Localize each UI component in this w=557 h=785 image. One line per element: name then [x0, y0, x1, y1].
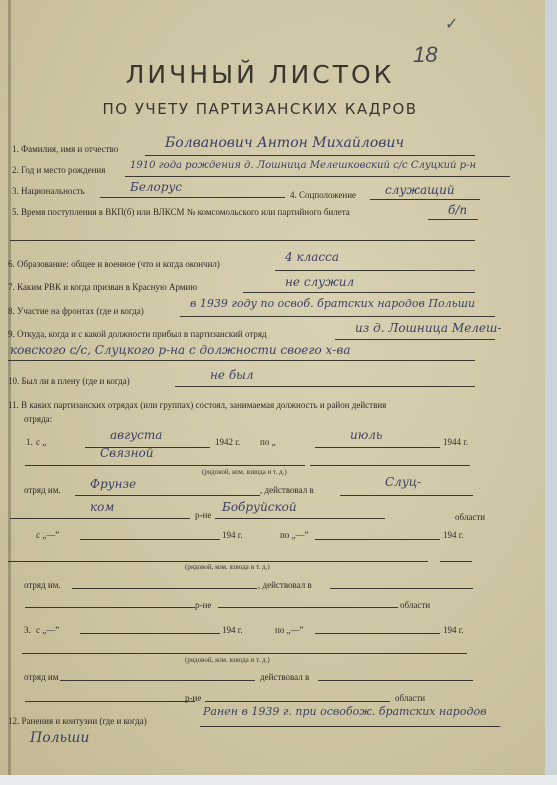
field-3-line: [100, 197, 285, 198]
det1-from-month: августа: [110, 428, 162, 442]
det3-district-label: р-не: [185, 693, 201, 703]
det2-operated-label: , действовал в: [258, 580, 312, 590]
det2-region-label: области: [400, 600, 430, 610]
det1-district-pre-line: [10, 518, 190, 519]
field-11-label-cont: отряда:: [24, 414, 52, 424]
field-5-extra-line: [10, 240, 475, 241]
det2-position-line-2: [440, 561, 472, 562]
det1-to-month: июль: [350, 428, 382, 442]
field-8-label: 8. Участие на фронтах (где и когда): [8, 306, 144, 316]
field-6-line: [275, 270, 475, 271]
field-7-value: не служил: [285, 275, 354, 289]
field-5-line: [428, 219, 478, 220]
field-6-label: 6. Образование: общее и военное (что и к…: [8, 259, 220, 269]
det1-region-label: области: [455, 512, 485, 522]
document-title: ЛИЧНЫЙ ЛИСТОК: [0, 60, 520, 89]
det1-operated-label: , действовал в: [260, 485, 314, 495]
field-12-line: [200, 726, 500, 727]
det2-district-label: р-не: [195, 600, 211, 610]
det1-district: Бобруйской: [222, 500, 297, 514]
field-12-value-2: Польши: [30, 730, 89, 746]
det3-to-prefix: по „—”: [275, 625, 304, 635]
field-9-label: 9. Откуда, когда и с какой должности при…: [8, 329, 267, 339]
field-2-value: 1910 года рождения д. Лошница Мелешковск…: [130, 160, 476, 171]
det1-num: 1.: [26, 437, 33, 447]
field-12-value-1: Ранен в 1939 г. при освобож. братских на…: [203, 705, 486, 718]
det2-district-pre-line: [25, 607, 195, 608]
field-2-line: [125, 176, 510, 177]
det2-from-prefix: с „—”: [36, 530, 59, 540]
det3-region-label: области: [395, 693, 425, 703]
det2-district-line: [218, 607, 398, 608]
field-7-line: [243, 292, 475, 293]
field-10-line: [175, 386, 475, 387]
det1-from-year: 1942 г.: [215, 437, 240, 447]
scan-margin-right: [545, 0, 557, 785]
field-12-label: 12. Ранения и контузии (где и когда): [8, 716, 147, 726]
field-3-value: Белорус: [130, 180, 182, 194]
det3-to-line: [315, 633, 440, 634]
det3-to-year: 194 г.: [443, 625, 464, 635]
det3-operated-label: действовал в: [260, 672, 309, 682]
field-9-value-2: ковского с/с, Слуцкого р-на с должности …: [10, 343, 350, 357]
field-9-value-1: из д. Лошница Мелеш-: [355, 321, 501, 335]
field-4-label: 4. Соцположение: [290, 190, 356, 200]
det3-unit-label: отряд им: [24, 672, 58, 682]
field-7-label: 7. Каким РВК и когда призван в Красную А…: [8, 282, 197, 292]
det2-to-prefix: по „—”: [280, 530, 309, 540]
det1-position-hint: (рядовой, ком. взвода и т. д.): [202, 468, 287, 476]
det2-position-hint: (рядовой, ком. взвода и т. д.): [185, 563, 270, 571]
det3-operated-line: [318, 680, 473, 681]
field-9-line-1: [335, 339, 495, 340]
det3-district-pre-line: [25, 701, 195, 702]
det2-from-line: [80, 539, 220, 540]
det1-district-pre: ком: [90, 500, 114, 514]
document-subtitle: ПО УЧЕТУ ПАРТИЗАНСКИХ КАДРОВ: [0, 100, 520, 118]
field-11-label: 11. В каких партизанских отрядах (или гр…: [8, 400, 386, 410]
det1-operated: Слуц-: [385, 475, 421, 489]
check-mark: ✓: [445, 14, 458, 34]
field-8-value: в 1939 году по освоб. братских народов П…: [190, 297, 475, 310]
det1-position-line: [25, 465, 305, 466]
det1-district-label: р-не: [195, 510, 211, 520]
field-10-label: 10. Был ли в плену (где и когда): [8, 376, 130, 386]
field-10-value: не был: [210, 368, 254, 382]
det1-unit: Фрунзе: [90, 477, 136, 491]
field-8-line: [180, 316, 495, 317]
field-3-label: 3. Национальность: [12, 186, 85, 196]
det1-position: Связной: [100, 446, 154, 460]
det3-position-hint: (рядовой, ком. взвода и т. д.): [185, 656, 270, 664]
det1-operated-line: [340, 495, 473, 496]
det2-to-line: [315, 539, 440, 540]
det1-unit-label: отряд им.: [24, 485, 61, 495]
det3-from-year: 194 г.: [222, 625, 243, 635]
field-1-line: [145, 155, 475, 156]
det1-position-line-2: [310, 465, 470, 466]
det3-from-prefix: с „—”: [36, 625, 59, 635]
det1-from-prefix: с „: [36, 437, 46, 447]
det2-from-year: 194 г.: [222, 530, 243, 540]
det3-from-line: [80, 633, 220, 634]
field-6-value: 4 класса: [285, 250, 339, 264]
det2-to-year: 194 г.: [443, 530, 464, 540]
field-4-line: [370, 199, 480, 200]
det3-district-line: [205, 701, 390, 702]
field-9-line-2: [8, 360, 475, 361]
det2-operated-line: [330, 588, 473, 589]
det2-unit-line: [72, 588, 257, 589]
det1-to-year: 1944 г.: [443, 437, 468, 447]
det3-unit-line: [60, 680, 255, 681]
det1-unit-line: [75, 495, 260, 496]
field-5-label: 5. Время поступления в ВКП(б) или ВЛКСМ …: [12, 207, 350, 217]
field-5-value: б/п: [448, 203, 467, 217]
det3-position-line: [22, 653, 467, 654]
scan-margin-bottom: [0, 775, 557, 785]
document-page: ✓ 18 ЛИЧНЫЙ ЛИСТОК ПО УЧЕТУ ПАРТИЗАНСКИХ…: [0, 0, 545, 775]
det3-num: 3.: [24, 625, 31, 635]
field-1-value: Болванович Антон Михайлович: [165, 135, 404, 151]
field-1-label: 1. Фамилия, имя и отчество: [12, 144, 118, 154]
det2-unit-label: отряд им.: [24, 580, 61, 590]
det1-to-prefix: по „: [260, 437, 276, 447]
field-2-label: 2. Год и место рождения: [12, 165, 105, 175]
field-4-value: служащий: [385, 183, 455, 197]
det1-to-line: [315, 447, 440, 448]
det2-position-line: [8, 561, 428, 562]
det1-district-line: [215, 518, 385, 519]
